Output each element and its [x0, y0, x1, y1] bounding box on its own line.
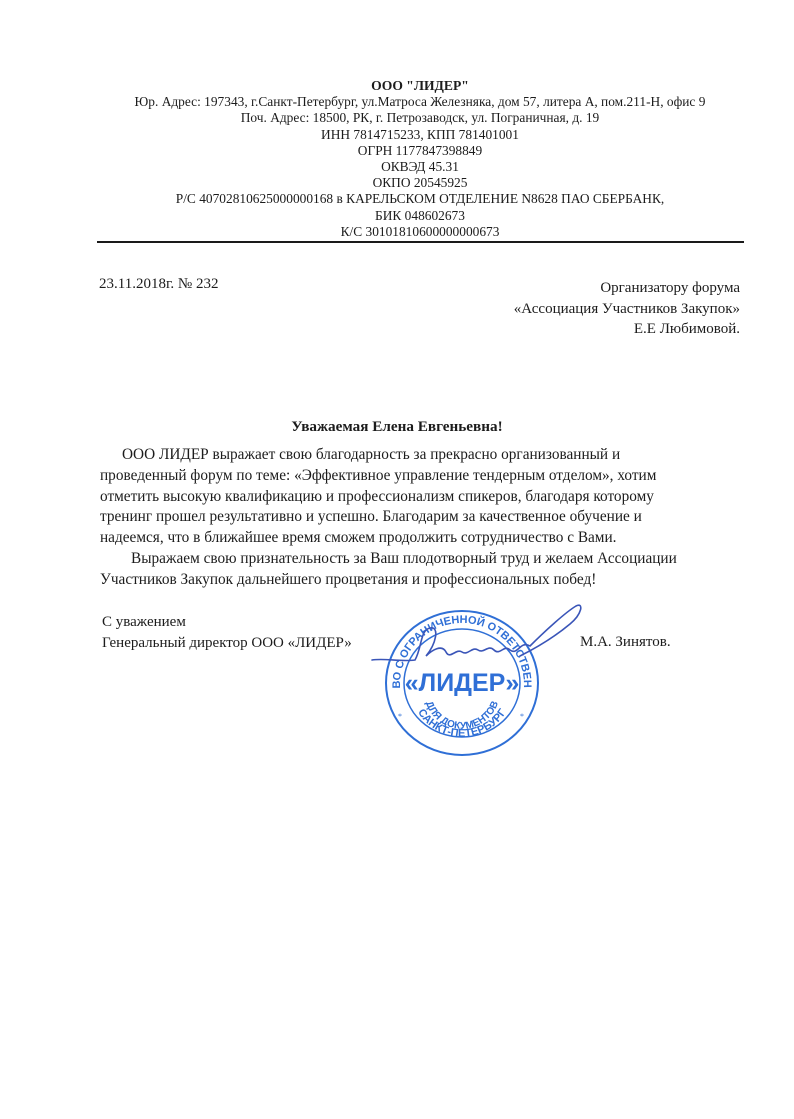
signer-position: Генеральный директор ООО «ЛИДЕР» [102, 633, 352, 654]
signer-name: М.А. Зинятов. [580, 634, 671, 651]
bik: БИК 048602673 [95, 208, 745, 224]
corr-account: К/С 30101810600000000673 [95, 224, 745, 240]
body-line: проведенный форум по теме: «Эффективное … [100, 466, 712, 487]
body-line: тренинг прошел результативно и успешно. … [100, 507, 712, 528]
postal-address: Поч. Адрес: 18500, РК, г. Петрозаводск, … [95, 110, 745, 126]
body-line: ООО ЛИДЕР выражает свою благодарность за… [100, 445, 712, 466]
body-line: Участников Закупок дальнейшего процветан… [100, 570, 712, 591]
legal-address: Юр. Адрес: 197343, г.Санкт-Петербург, ул… [95, 94, 745, 110]
bank-account: Р/С 40702810625000000168 в КАРЕЛЬСКОМ ОТ… [95, 191, 745, 207]
addressee-line: Организатору форума [514, 278, 740, 299]
okpo: ОКПО 20545925 [95, 175, 745, 191]
svg-text:*: * [398, 712, 402, 721]
closing-block: С уважением Генеральный директор ООО «ЛИ… [102, 612, 352, 654]
letterhead: ООО "ЛИДЕР" Юр. Адрес: 197343, г.Санкт-П… [95, 78, 745, 240]
body-line: надеемся, что в ближайшее время сможем п… [100, 528, 712, 549]
body-line: Выражаем свою признательность за Ваш пло… [100, 549, 712, 570]
addressee-block: Организатору форума «Ассоциация Участник… [514, 278, 740, 340]
addressee-line: Е.Е Любимовой. [514, 319, 740, 340]
inn-kpp: ИНН 7814715233, КПП 781401001 [95, 127, 745, 143]
signature-icon [370, 600, 590, 690]
svg-text:*: * [520, 712, 524, 721]
regards: С уважением [102, 612, 352, 633]
body-line: отметить высокую квалификацию и професси… [100, 487, 712, 508]
salutation: Уважаемая Елена Евгеньевна! [0, 418, 794, 436]
date-and-number: 23.11.2018г. № 232 [99, 276, 218, 293]
ogrn: ОГРН 1177847398849 [95, 143, 745, 159]
company-name: ООО "ЛИДЕР" [95, 78, 745, 94]
letter-page: ООО "ЛИДЕР" Юр. Адрес: 197343, г.Санкт-П… [0, 0, 794, 1119]
letterhead-divider [97, 241, 744, 243]
okved: ОКВЭД 45.31 [95, 159, 745, 175]
letter-body: ООО ЛИДЕР выражает свою благодарность за… [100, 445, 712, 591]
addressee-line: «Ассоциация Участников Закупок» [514, 299, 740, 320]
